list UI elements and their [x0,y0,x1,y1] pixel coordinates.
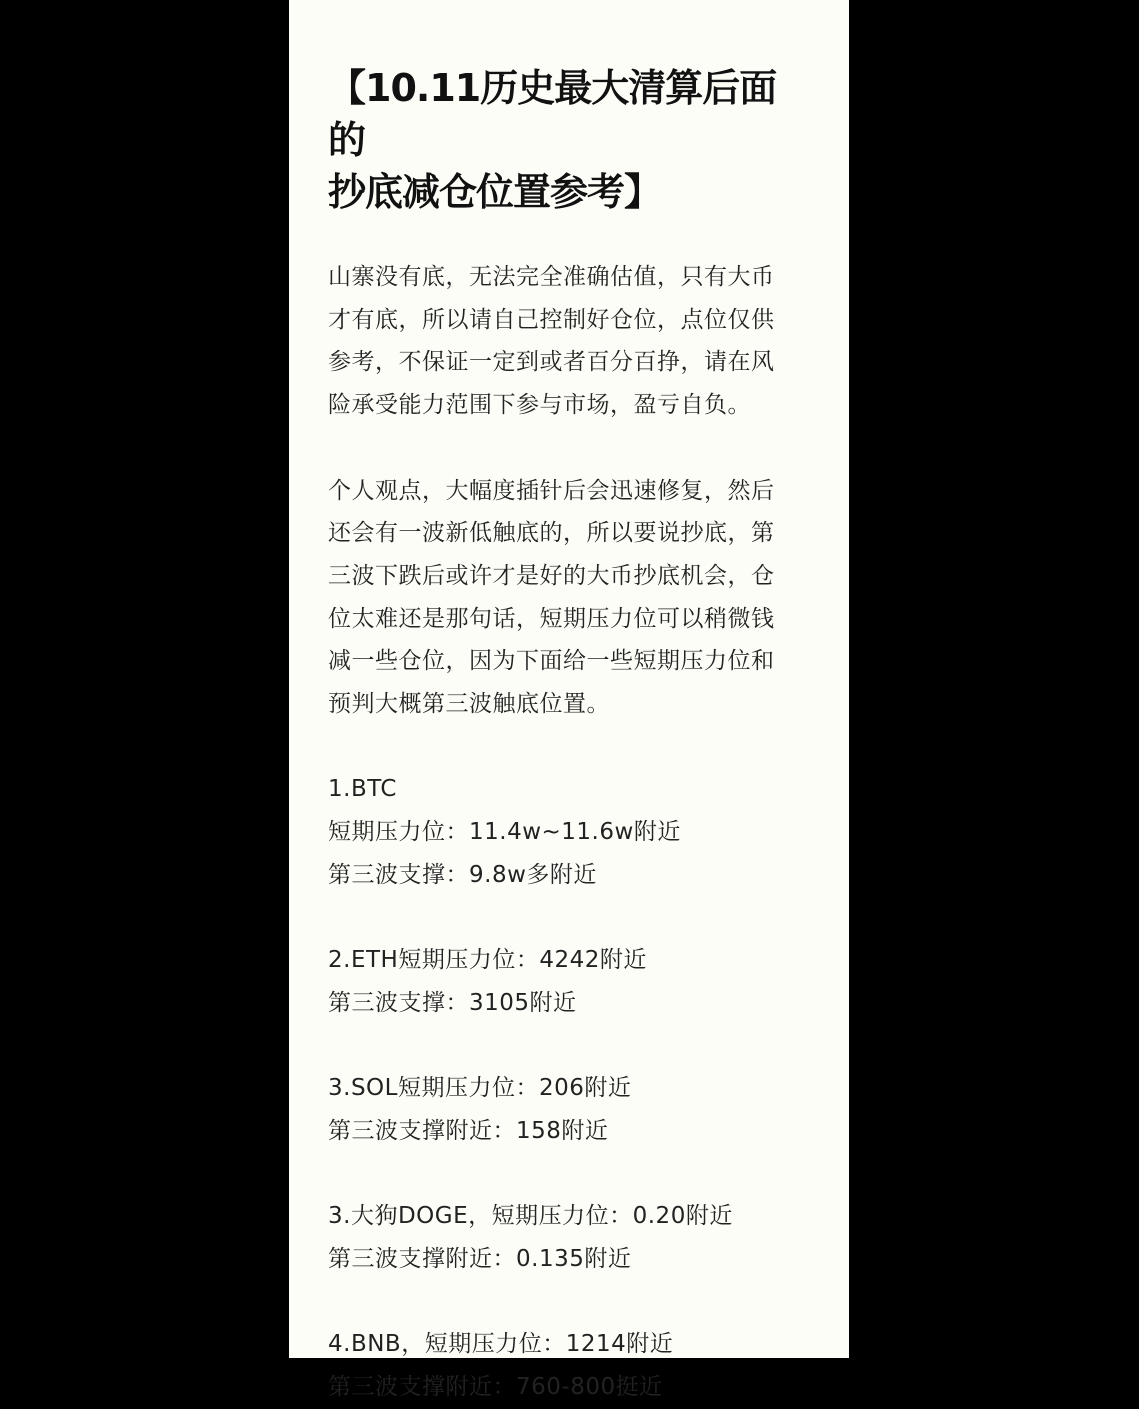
paragraph-spacer [328,1281,811,1324]
paragraph-spacer [328,726,811,769]
coin-block-eth: 2.ETH短期压力位：4242附近 第三波支撑：3105附近 [328,939,811,1024]
text-line: 才有底，所以请自己控制好仓位，点位仅供 [328,299,811,342]
paragraph-spacer [328,427,811,470]
support-level: 第三波支撑：9.8w多附近 [328,854,811,897]
text-line: 参考，不保证一定到或者百分百挣，请在风 [328,341,811,384]
article-page: 【10.11历史最大清算后面的 抄底减仓位置参考】 山寨没有底，无法完全准确估值… [289,0,849,1358]
text-line: 个人观点，大幅度插针后会迅速修复，然后 [328,470,811,513]
resistance-level: 4.BNB，短期压力位：1214附近 [328,1323,811,1358]
coin-block-bnb: 4.BNB，短期压力位：1214附近 第三波支撑附近：760-800挺近 [328,1323,811,1358]
text-line: 险承受能力范围下参与市场，盈亏自负。 [328,384,811,427]
text-line: 三波下跌后或许才是好的大币抄底机会，仓 [328,555,811,598]
text-line: 位太难还是那句话，短期压力位可以稍微钱 [328,598,811,641]
text-line: 减一些仓位，因为下面给一些短期压力位和 [328,640,811,683]
coin-block-sol: 3.SOL短期压力位：206附近 第三波支撑附近：158附近 [328,1067,811,1152]
paragraph-spacer [328,897,811,940]
resistance-level: 短期压力位：11.4w~11.6w附近 [328,811,811,854]
article-title: 【10.11历史最大清算后面的 抄底减仓位置参考】 [328,0,811,218]
text-line: 预判大概第三波触底位置。 [328,683,811,726]
resistance-level: 2.ETH短期压力位：4242附近 [328,939,811,982]
opinion-paragraph: 个人观点，大幅度插针后会迅速修复，然后 还会有一波新低触底的，所以要说抄底，第 … [328,470,811,726]
coin-block-doge: 3.大狗DOGE，短期压力位：0.20附近 第三波支撑附近：0.135附近 [328,1195,811,1280]
coin-block-btc: 1.BTC 短期压力位：11.4w~11.6w附近 第三波支撑：9.8w多附近 [328,768,811,896]
paragraph-spacer [328,1025,811,1068]
disclaimer-paragraph: 山寨没有底，无法完全准确估值，只有大币 才有底，所以请自己控制好仓位，点位仅供 … [328,256,811,427]
text-line: 还会有一波新低触底的，所以要说抄底，第 [328,512,811,555]
article-body: 山寨没有底，无法完全准确估值，只有大币 才有底，所以请自己控制好仓位，点位仅供 … [328,256,811,1358]
resistance-level: 3.大狗DOGE，短期压力位：0.20附近 [328,1195,811,1238]
text-line: 山寨没有底，无法完全准确估值，只有大币 [328,256,811,299]
support-level: 第三波支撑附近：158附近 [328,1110,811,1153]
resistance-level: 3.SOL短期压力位：206附近 [328,1067,811,1110]
support-level: 第三波支撑附近：0.135附近 [328,1238,811,1281]
paragraph-spacer [328,1153,811,1196]
support-level: 第三波支撑：3105附近 [328,982,811,1025]
coin-heading: 1.BTC [328,768,811,811]
